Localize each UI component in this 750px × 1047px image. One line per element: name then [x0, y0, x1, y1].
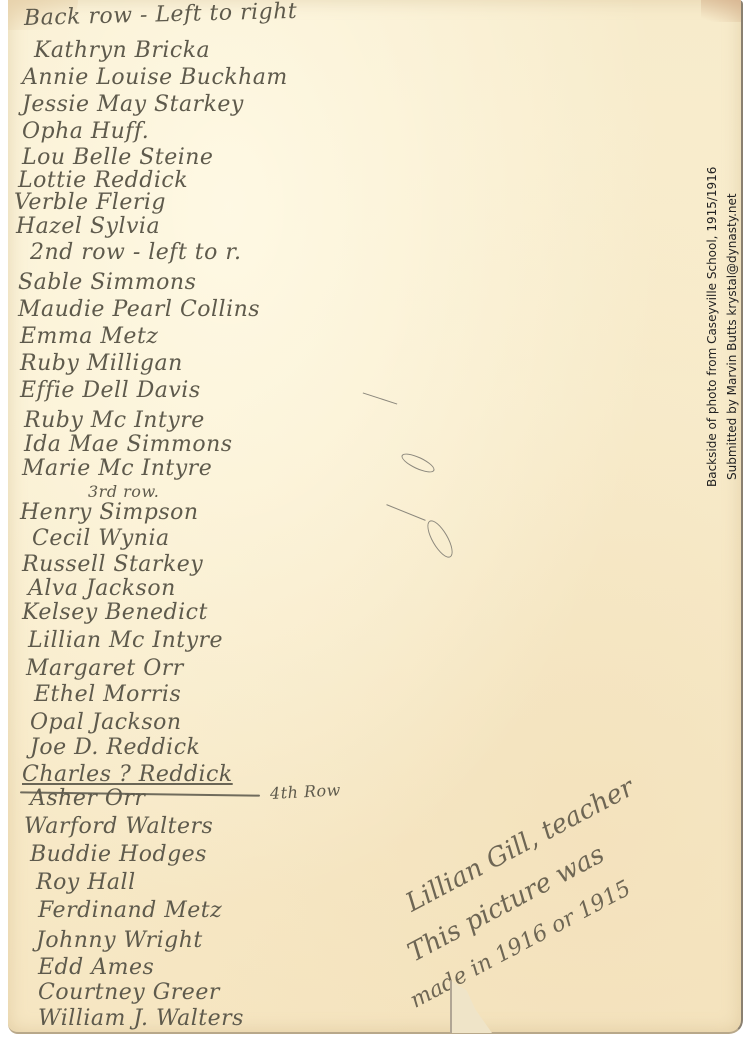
row-header-third: 3rd row. — [88, 482, 159, 501]
name-entry: Lillian Mc Intyre — [28, 628, 223, 653]
name-entry: William J. Walters — [38, 1006, 244, 1031]
name-entry: Henry Simpson — [20, 500, 199, 525]
name-entry: Edd Ames — [38, 955, 154, 980]
name-entry: Joe D. Reddick — [30, 735, 200, 760]
name-entry: Johnny Wright — [36, 928, 203, 953]
name-entry: Jessie May Starkey — [22, 92, 244, 117]
name-entry: Buddie Hodges — [30, 842, 207, 867]
caption-line2: Submitted by Marvin Butts krystal@dynast… — [725, 193, 739, 480]
caption-line1: Backside of photo from Caseyville School… — [705, 167, 719, 487]
row-header-second: 2nd row - left to r. — [30, 240, 241, 265]
name-entry: Effie Dell Davis — [20, 378, 201, 403]
name-entry: Sable Simmons — [18, 270, 196, 295]
name-entry: Courtney Greer — [38, 980, 220, 1005]
name-entry: Opha Huff. — [22, 119, 149, 144]
name-entry: Warford Walters — [24, 814, 213, 839]
name-entry: Ida Mae Simmons — [24, 432, 233, 457]
name-entry: Annie Louise Buckham — [22, 65, 288, 90]
name-entry: Ruby Milligan — [20, 351, 183, 376]
name-entry: Russell Starkey — [22, 552, 203, 577]
name-entry: Alva Jackson — [28, 576, 176, 601]
name-entry: Kelsey Benedict — [22, 600, 208, 625]
name-entry: Charles ? Reddick — [22, 762, 233, 787]
name-entry: Margaret Orr — [26, 656, 184, 681]
name-entry: Emma Metz — [20, 324, 158, 349]
name-entry: Verble Flerig — [14, 190, 166, 215]
name-entry: Ruby Mc Intyre — [24, 408, 205, 433]
name-entry: Maudie Pearl Collins — [18, 297, 260, 322]
name-entry: Kathryn Bricka — [34, 38, 210, 63]
row-header-fourth: 4th Row — [270, 780, 342, 803]
name-entry: Asher Orr — [30, 786, 145, 811]
name-entry: Opal Jackson — [30, 710, 182, 735]
paper-worn-corner — [701, 0, 741, 22]
name-entry: Ethel Morris — [34, 682, 181, 707]
name-entry: Marie Mc Intyre — [22, 456, 212, 481]
name-entry: Roy Hall — [36, 870, 136, 895]
name-entry: Hazel Sylvia — [16, 214, 160, 239]
name-entry: Ferdinand Metz — [38, 898, 222, 923]
name-entry: Lou Belle Steine — [22, 145, 213, 170]
name-entry: Cecil Wynia — [32, 526, 170, 551]
